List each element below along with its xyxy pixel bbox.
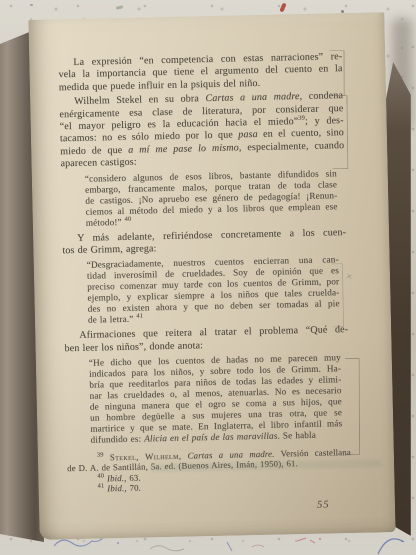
pencil-bracket	[345, 358, 360, 455]
block-quote-1: “considero algunos de esos libros, basta…	[85, 168, 338, 228]
block-quote-2: “Desgraciadamente, nuestros cuentos enci…	[87, 255, 340, 326]
paragraph-4: Afirmaciones que reitera al tratar el pr…	[64, 325, 348, 356]
paragraph-2: Wilhelm Stekel en su obra Cartas a una m…	[59, 90, 345, 171]
green-paint-speck	[116, 5, 123, 9]
pencil-x-mark: ×	[345, 270, 354, 283]
pencil-bracket	[330, 50, 345, 96]
text-block: La expresión “en competencia con estas n…	[58, 51, 351, 494]
page-number: 55	[317, 499, 357, 511]
pencil-bracket	[332, 263, 344, 327]
blue-paint-speck	[30, 4, 33, 6]
block-quote-3: “He dicho que los cuentos de hadas no me…	[89, 352, 343, 445]
pencil-bracket	[331, 95, 348, 169]
paragraph-1: La expresión “en competencia con estas n…	[58, 51, 343, 94]
red-paint-speck	[279, 3, 286, 13]
book-page: La expresión “en competencia con estas n…	[28, 12, 395, 540]
paragraph-3: Y más adelante, refiriéndose concretamen…	[62, 227, 346, 258]
